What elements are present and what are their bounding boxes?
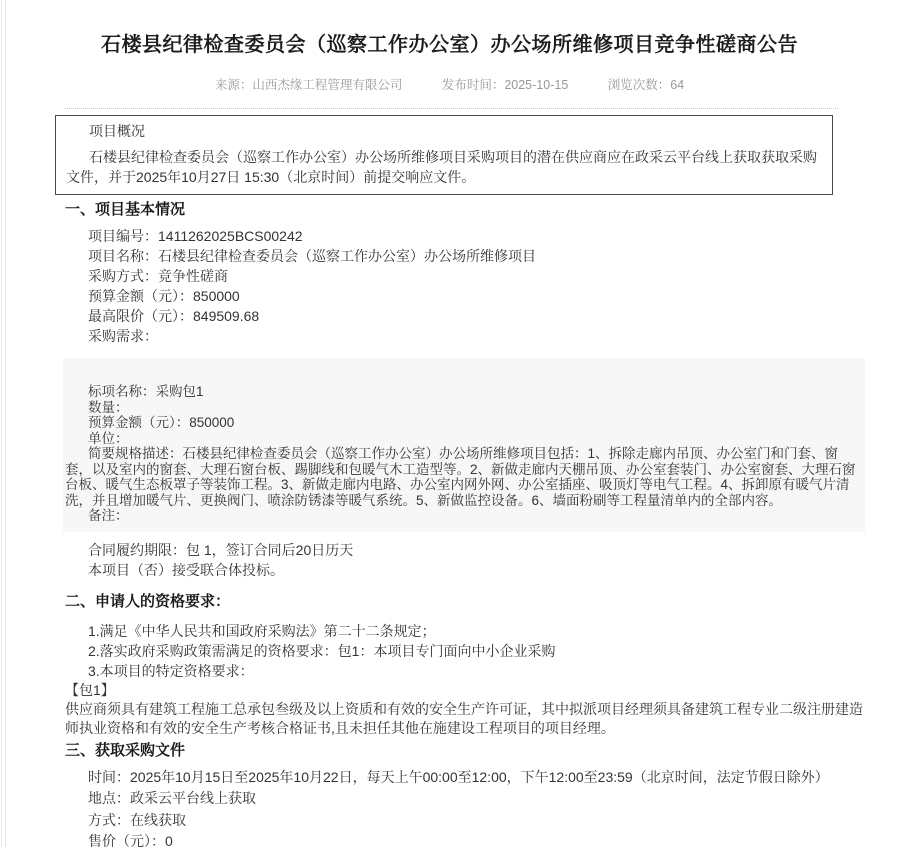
- qualification-item-2: 2.落实政府采购政策需满足的资格要求：包1：本项目专门面向中小企业采购: [65, 641, 899, 661]
- lot-detail-block: 标项名称：采购包1 数量： 预算金额（元）：850000 单位： 简要规格描述：…: [63, 358, 865, 532]
- lot-remark: 备注：: [65, 508, 857, 524]
- field-obtain-method: 方式：在线获取: [65, 810, 899, 832]
- qualification-item-3: 3.本项目的特定资格要求：: [65, 661, 899, 681]
- lot-unit: 单位：: [65, 431, 857, 447]
- field-procurement-demand: 采购需求：: [65, 326, 899, 346]
- package-label: 【包1】: [65, 681, 899, 700]
- joint-bid-line: 本项目（否）接受联合体投标。: [65, 560, 899, 580]
- lot-quantity: 数量：: [65, 400, 857, 416]
- lot-name: 标项名称：采购包1: [65, 384, 857, 400]
- contract-period-line: 合同履约期限：包 1，签订合同后20日历天: [65, 540, 899, 560]
- field-budget-amount: 预算金额（元）：850000: [65, 286, 899, 306]
- lot-spec-description: 简要规格描述：石楼县纪律检查委员会（巡察工作办公室）办公场所维修项目包括：1、拆…: [65, 446, 857, 508]
- field-project-name: 项目名称：石楼县纪律检查委员会（巡察工作办公室）办公场所维修项目: [65, 246, 899, 266]
- field-obtain-time: 时间：2025年10月15日至2025年10月22日，每天上午00:00至12:…: [65, 767, 899, 789]
- field-procurement-method: 采购方式：竞争性磋商: [65, 266, 899, 286]
- page-left-edge-line-2: [5, 0, 6, 847]
- basic-info-fields: 项目编号：1411262025BCS00242 项目名称：石楼县纪律检查委员会（…: [0, 226, 899, 346]
- section-heading-qualification: 二、申请人的资格要求：: [65, 592, 899, 612]
- overview-heading: 项目概况: [66, 121, 822, 141]
- project-overview-box: 项目概况 石楼县纪律检查委员会（巡察工作办公室）办公场所维修项目采购项目的潜在供…: [55, 115, 833, 195]
- qualification-items: 1.满足《中华人民共和国政府采购法》第二十二条规定； 2.落实政府采购政策需满足…: [0, 621, 899, 681]
- field-obtain-place: 地点：政采云平台线上获取: [65, 788, 899, 810]
- section-heading-basic-info: 一、项目基本情况: [65, 200, 899, 220]
- field-obtain-price: 售价（元）：0: [65, 831, 899, 847]
- field-max-price: 最高限价（元）：849509.68: [65, 306, 899, 326]
- meta-publish-time: 发布时间：2025-10-15: [442, 78, 568, 92]
- page-left-edge-line: [1, 0, 2, 847]
- page-title: 石楼县纪律检查委员会（巡察工作办公室）办公场所维修项目竞争性磋商公告: [0, 0, 899, 57]
- package-requirement-detail: 供应商须具有建筑工程施工总承包叁级及以上资质和有效的安全生产许可证，其中拟派项目…: [65, 700, 865, 739]
- obtain-document-fields: 时间：2025年10月15日至2025年10月22日，每天上午00:00至12:…: [0, 767, 899, 847]
- meta-source: 来源：山西杰缘工程管理有限公司: [215, 78, 403, 92]
- field-project-number: 项目编号：1411262025BCS00242: [65, 226, 899, 246]
- dotted-divider: [65, 108, 838, 109]
- overview-paragraph: 石楼县纪律检查委员会（巡察工作办公室）办公场所维修项目采购项目的潜在供应商应在政…: [66, 147, 822, 187]
- article-meta: 来源：山西杰缘工程管理有限公司 发布时间：2025-10-15 浏览次数：64: [0, 78, 899, 93]
- section-heading-obtain-documents: 三、获取采购文件: [65, 741, 899, 761]
- qualification-item-1: 1.满足《中华人民共和国政府采购法》第二十二条规定；: [65, 621, 899, 641]
- meta-view-count: 浏览次数：64: [608, 78, 684, 92]
- lot-budget: 预算金额（元）：850000: [65, 415, 857, 431]
